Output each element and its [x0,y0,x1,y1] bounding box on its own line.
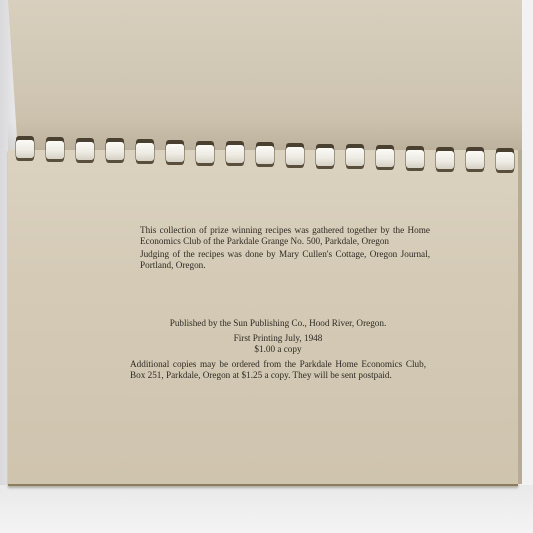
binding-ring [466,151,484,169]
binding-ring [166,144,184,162]
publisher-line: Published by the Sun Publishing Co., Hoo… [130,318,426,329]
binding-ring [256,146,274,164]
binding-ring [226,145,244,163]
binding-ring [376,149,394,167]
binding-ring [286,147,304,165]
publication-section: Published by the Sun Publishing Co., Hoo… [130,318,426,381]
binding-ring [346,148,364,166]
binding-ring [406,150,424,168]
credits-line-collection: This collection of prize winning recipes… [140,225,430,247]
binding-ring [316,148,334,166]
binding-ring [436,151,454,169]
credits-line-judging: Judging of the recipes was done by Mary … [140,249,430,271]
printing-line: First Printing July, 1948 [130,333,426,344]
spiral-binding [12,138,517,174]
page-edge [518,150,522,484]
binding-ring [106,142,124,160]
binding-ring [496,152,514,170]
binding-ring [196,145,214,163]
table-surface [0,485,533,533]
binding-ring [76,142,94,160]
ordering-line: Additional copies may be ordered from th… [130,359,426,381]
binding-ring [46,141,64,159]
binding-ring [16,140,34,158]
binding-ring [136,143,154,161]
credits-section: This collection of prize winning recipes… [140,225,430,271]
price-line: $1.00 a copy [130,344,426,355]
